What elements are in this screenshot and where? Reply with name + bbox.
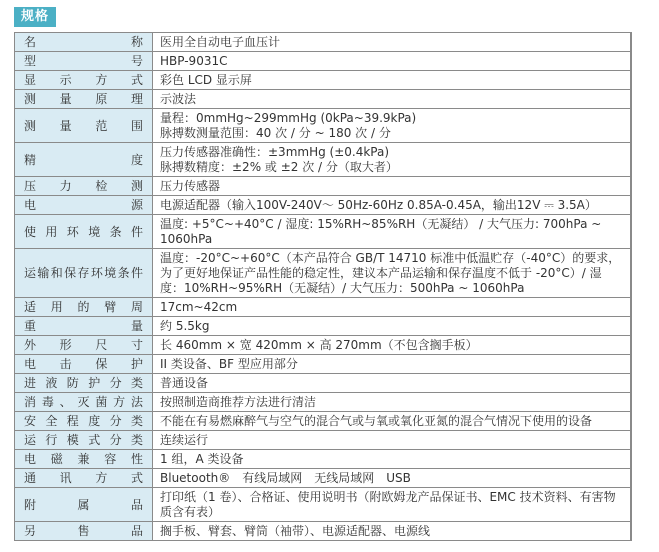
spec-label: 重量 <box>15 317 153 336</box>
spec-row-arm-circumference: 适用的臂周 17cm~42cm <box>15 298 632 317</box>
spec-value: 1 组，A 类设备 <box>153 450 632 469</box>
spec-value: 不能在有易燃麻醉气与空气的混合气或与氧或氧化亚氮的混合气情况下使用的设备 <box>153 412 632 431</box>
spec-row-measure-principle: 测量原理 示波法 <box>15 90 632 109</box>
spec-label: 精度 <box>15 143 153 177</box>
section-title: 规格 <box>14 7 56 27</box>
spec-row-accuracy: 精度 压力传感器准确性：±3mmHg (±0.4kPa) 脉搏数精度：±2% 或… <box>15 143 632 177</box>
spec-value: Bluetooth® 有线局域网 无线局域网 USB <box>153 469 632 488</box>
spec-value: 连续运行 <box>153 431 632 450</box>
spec-row-transport-storage-environment: 运输和保存环境条件 温度：-20°C~+60°C（本产品符合 GB/T 1471… <box>15 249 632 298</box>
spec-value: 打印纸（1 卷）、合格证、使用说明书（附欧姆龙产品保证书、EMC 技术资料、有害… <box>153 488 632 522</box>
spec-page: 规格 名称 医用全自动电子血压计 型号 HBP-9031C 显示方式 彩色 LC… <box>0 0 659 552</box>
spec-value: 温度: +5°C~+40°C / 湿度: 15%RH~85%RH（无凝结） / … <box>153 215 632 249</box>
spec-value: 约 5.5kg <box>153 317 632 336</box>
spec-value: 普通设备 <box>153 374 632 393</box>
spec-label: 电击保护 <box>15 355 153 374</box>
spec-label: 电磁兼容性 <box>15 450 153 469</box>
spec-value: 量程：0mmHg~299mmHg (0kPa~39.9kPa) 脉搏数测量范围：… <box>153 109 632 143</box>
spec-row-dimensions: 外形尺寸 长 460mm × 宽 420mm × 高 270mm（不包含搁手板） <box>15 336 632 355</box>
spec-row-power: 电源 电源适配器（输入100V-240V～ 50Hz-60Hz 0.85A-0.… <box>15 196 632 215</box>
spec-label: 名称 <box>15 33 153 52</box>
spec-table: 名称 医用全自动电子血压计 型号 HBP-9031C 显示方式 彩色 LCD 显… <box>14 32 632 541</box>
spec-value: II 类设备、BF 型应用部分 <box>153 355 632 374</box>
spec-value: 按照制造商推荐方法进行清洁 <box>153 393 632 412</box>
spec-label: 显示方式 <box>15 71 153 90</box>
spec-label: 通讯方式 <box>15 469 153 488</box>
spec-value: 电源适配器（输入100V-240V～ 50Hz-60Hz 0.85A-0.45A… <box>153 196 632 215</box>
spec-row-name: 名称 医用全自动电子血压计 <box>15 33 632 52</box>
spec-row-shock-protection: 电击保护 II 类设备、BF 型应用部分 <box>15 355 632 374</box>
spec-label: 适用的臂周 <box>15 298 153 317</box>
spec-label: 电源 <box>15 196 153 215</box>
spec-label: 使用环境条件 <box>15 215 153 249</box>
spec-value: 搁手板、臂套、臂筒（袖带）、电源适配器、电源线 <box>153 522 632 541</box>
spec-value: 17cm~42cm <box>153 298 632 317</box>
spec-row-safety-class: 安全程度分类 不能在有易燃麻醉气与空气的混合气或与氧或氧化亚氮的混合气情况下使用… <box>15 412 632 431</box>
spec-label: 进液防护分类 <box>15 374 153 393</box>
spec-label: 运行模式分类 <box>15 431 153 450</box>
spec-value: 医用全自动电子血压计 <box>153 33 632 52</box>
spec-row-operating-environment: 使用环境条件 温度: +5°C~+40°C / 湿度: 15%RH~85%RH（… <box>15 215 632 249</box>
spec-value: 压力传感器准确性：±3mmHg (±0.4kPa) 脉搏数精度：±2% 或 ±2… <box>153 143 632 177</box>
spec-row-optional-parts: 另售品 搁手板、臂套、臂筒（袖带）、电源适配器、电源线 <box>15 522 632 541</box>
spec-row-weight: 重量 约 5.5kg <box>15 317 632 336</box>
spec-row-disinfection-method: 消毒、灭菌方法 按照制造商推荐方法进行清洁 <box>15 393 632 412</box>
spec-label: 消毒、灭菌方法 <box>15 393 153 412</box>
spec-row-pressure-detection: 压力检测 压力传感器 <box>15 177 632 196</box>
spec-label: 压力检测 <box>15 177 153 196</box>
spec-label: 安全程度分类 <box>15 412 153 431</box>
spec-row-communication: 通讯方式 Bluetooth® 有线局域网 无线局域网 USB <box>15 469 632 488</box>
spec-label: 测量范围 <box>15 109 153 143</box>
spec-label: 附属品 <box>15 488 153 522</box>
spec-label: 运输和保存环境条件 <box>15 249 153 298</box>
spec-label: 测量原理 <box>15 90 153 109</box>
spec-value: 温度：-20°C~+60°C（本产品符合 GB/T 14710 标准中低温贮存（… <box>153 249 632 298</box>
spec-row-ingress-protection: 进液防护分类 普通设备 <box>15 374 632 393</box>
spec-label: 型号 <box>15 52 153 71</box>
spec-label: 外形尺寸 <box>15 336 153 355</box>
spec-row-accessories: 附属品 打印纸（1 卷）、合格证、使用说明书（附欧姆龙产品保证书、EMC 技术资… <box>15 488 632 522</box>
spec-value: 示波法 <box>153 90 632 109</box>
spec-row-model: 型号 HBP-9031C <box>15 52 632 71</box>
spec-label: 另售品 <box>15 522 153 541</box>
spec-value: 长 460mm × 宽 420mm × 高 270mm（不包含搁手板） <box>153 336 632 355</box>
spec-value: 彩色 LCD 显示屏 <box>153 71 632 90</box>
spec-row-display: 显示方式 彩色 LCD 显示屏 <box>15 71 632 90</box>
spec-row-measure-range: 测量范围 量程：0mmHg~299mmHg (0kPa~39.9kPa) 脉搏数… <box>15 109 632 143</box>
spec-row-emc: 电磁兼容性 1 组，A 类设备 <box>15 450 632 469</box>
spec-value: 压力传感器 <box>153 177 632 196</box>
spec-row-operation-mode: 运行模式分类 连续运行 <box>15 431 632 450</box>
spec-value: HBP-9031C <box>153 52 632 71</box>
